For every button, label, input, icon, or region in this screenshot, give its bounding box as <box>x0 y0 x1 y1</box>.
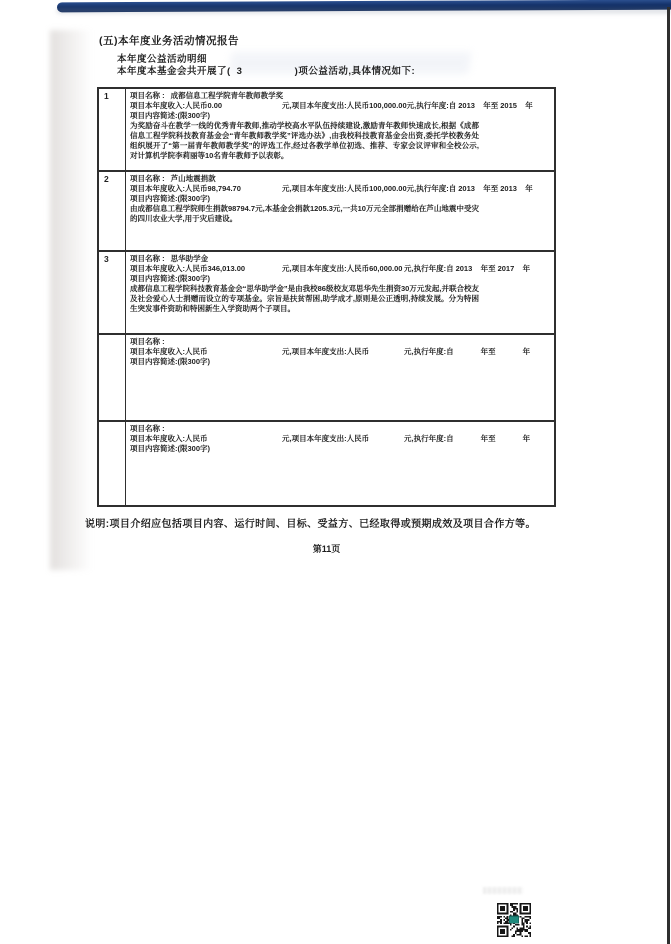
project-name-value: 芦山地震捐款 <box>171 174 216 183</box>
expense-label: 项目本年度支出:人民币 <box>292 264 370 273</box>
amounts-line: 项目本年度收入:人民币0.00 元,项目本年度支出:人民币100,000.00 … <box>130 101 548 111</box>
table-row: 3 项目名称 :思华助学金 项目本年度收入:人民币346,013.00 元,项目… <box>99 250 554 333</box>
page-left-shadow <box>50 30 92 570</box>
desc-label: 项目内容简述:(限300字) <box>130 274 548 284</box>
yuan-unit: 元, <box>282 184 292 193</box>
amounts-line: 项目本年度收入:人民币 元,项目本年度支出:人民币 元,执行年度:自年至年 <box>130 434 548 444</box>
project-name-label: 项目名称 : <box>130 424 165 433</box>
table-row: 1 项目名称 :成都信息工程学院青年教师教学奖 项目本年度收入:人民币0.00 … <box>99 89 554 170</box>
activity-count-value: 3 <box>231 66 295 77</box>
project-name-value: 成都信息工程学院青年教师教学奖 <box>171 91 284 100</box>
explanation-note: 说明:项目介绍应包括项目内容、运行时间、目标、受益方、已经取得或预期成效及项目合… <box>85 515 536 530</box>
year-suffix: 年 <box>523 264 531 273</box>
row-number: 2 <box>99 172 126 250</box>
yuan-unit: 元, <box>404 434 414 443</box>
count-prefix: 本年度本基金会共开展了( <box>117 66 231 77</box>
income-label: 项目本年度收入:人民币 <box>130 434 208 443</box>
expense-label: 项目本年度支出:人民币 <box>292 101 370 110</box>
project-name-line: 项目名称 :成都信息工程学院青年教师教学奖 <box>130 91 548 101</box>
year-suffix: 年 <box>523 434 531 443</box>
year-from: 2013 <box>456 184 483 194</box>
row-number: 1 <box>99 89 126 170</box>
yuan-unit: 元, <box>404 264 414 273</box>
row-content: 项目名称 :思华助学金 项目本年度收入:人民币346,013.00 元,项目本年… <box>126 252 554 333</box>
project-name-line: 项目名称 :芦山地震捐款 <box>130 174 548 184</box>
row-number <box>99 422 126 505</box>
exec-year-label: 执行年度:自 <box>414 347 454 356</box>
to-year-label: 年至 <box>483 101 498 110</box>
income-label: 项目本年度收入:人民币 <box>130 347 208 356</box>
desc-label: 项目内容简述:(限300字) <box>130 444 548 454</box>
project-name-line: 项目名称 : <box>130 337 548 347</box>
year-from: 2013 <box>454 264 481 274</box>
yuan-unit: 元, <box>282 347 292 356</box>
expense-value: 100,000.00 <box>369 101 407 110</box>
project-description: 为奖励奋斗在教学一线的优秀青年教师,推动学校高水平队伍持续建设,激励青年教师快速… <box>130 121 479 161</box>
qr-code <box>497 903 531 937</box>
project-name-label: 项目名称 : <box>130 337 165 346</box>
faint-watermark <box>483 887 523 894</box>
exec-year-label: 执行年度:自 <box>414 434 454 443</box>
expense-value: 60,000.00 <box>369 264 402 273</box>
projects-table: 1 项目名称 :成都信息工程学院青年教师教学奖 项目本年度收入:人民币0.00 … <box>97 87 556 507</box>
year-suffix: 年 <box>525 184 533 193</box>
exec-year-label: 执行年度:自 <box>414 264 454 273</box>
yuan-unit: 元, <box>407 101 417 110</box>
income-value: 346,013.00 <box>208 264 246 273</box>
row-number: 3 <box>99 252 126 333</box>
year-suffix: 年 <box>523 347 531 356</box>
year-suffix: 年 <box>525 101 533 110</box>
row-content: 项目名称 :成都信息工程学院青年教师教学奖 项目本年度收入:人民币0.00 元,… <box>126 89 554 170</box>
year-to: 2017 <box>496 264 523 274</box>
yuan-unit: 元, <box>282 101 292 110</box>
project-name-label: 项目名称 : <box>130 91 165 100</box>
yuan-unit: 元, <box>407 184 417 193</box>
row-content: 项目名称 : 项目本年度收入:人民币 元,项目本年度支出:人民币 元,执行年度:… <box>126 422 554 505</box>
income-label: 项目本年度收入:人民币 <box>130 184 208 193</box>
table-row-empty: 项目名称 : 项目本年度收入:人民币 元,项目本年度支出:人民币 元,执行年度:… <box>99 333 554 420</box>
exec-year-label: 执行年度:自 <box>416 101 456 110</box>
project-description: 成都信息工程学院科技教育基金会“思华助学金”是由我校86级校友邓思华先生捐资30… <box>130 284 479 314</box>
amounts-line: 项目本年度收入:人民币98,794.70 元,项目本年度支出:人民币100,00… <box>130 184 548 194</box>
row-content: 项目名称 :芦山地震捐款 项目本年度收入:人民币98,794.70 元,项目本年… <box>126 172 554 250</box>
table-row-empty: 项目名称 : 项目本年度收入:人民币 元,项目本年度支出:人民币 元,执行年度:… <box>99 420 554 505</box>
to-year-label: 年至 <box>481 264 496 273</box>
yuan-unit: 元, <box>282 264 292 273</box>
amounts-line: 项目本年度收入:人民币 元,项目本年度支出:人民币 元,执行年度:自年至年 <box>130 347 548 357</box>
income-value: 0.00 <box>208 101 223 110</box>
count-suffix: )项公益活动,具体情况如下: <box>295 66 415 77</box>
qr-center-logo <box>509 916 519 923</box>
desc-label: 项目内容简述:(限300字) <box>130 111 548 121</box>
table-row: 2 项目名称 :芦山地震捐款 项目本年度收入:人民币98,794.70 元,项目… <box>99 170 554 250</box>
to-year-label: 年至 <box>481 347 496 356</box>
row-content: 项目名称 : 项目本年度收入:人民币 元,项目本年度支出:人民币 元,执行年度:… <box>126 335 554 420</box>
income-label: 项目本年度收入:人民币 <box>130 264 208 273</box>
project-name-value: 思华助学金 <box>171 254 209 263</box>
expense-value: 100,000.00 <box>369 184 407 193</box>
expense-label: 项目本年度支出:人民币 <box>292 347 370 356</box>
project-name-label: 项目名称 : <box>130 174 165 183</box>
section-title: (五)本年度业务活动情况报告 <box>99 33 239 48</box>
desc-label: 项目内容简述:(限300字) <box>130 194 548 204</box>
expense-label: 项目本年度支出:人民币 <box>292 184 370 193</box>
activity-count-line: 本年度本基金会共开展了(3)项公益活动,具体情况如下: <box>117 63 415 77</box>
desc-label: 项目内容简述:(限300字) <box>130 357 548 367</box>
project-name-line: 项目名称 : <box>130 424 548 434</box>
page-right-edge <box>667 7 670 944</box>
exec-year-label: 执行年度:自 <box>416 184 456 193</box>
page-number: 第11页 <box>97 542 556 555</box>
project-name-label: 项目名称 : <box>130 254 165 263</box>
amounts-line: 项目本年度收入:人民币346,013.00 元,项目本年度支出:人民币60,00… <box>130 264 548 274</box>
year-to: 2013 <box>498 184 525 194</box>
row-number <box>99 335 126 420</box>
yuan-unit: 元, <box>282 434 292 443</box>
income-value: 98,794.70 <box>208 184 241 193</box>
expense-label: 项目本年度支出:人民币 <box>292 434 370 443</box>
year-to: 2015 <box>498 101 525 111</box>
yuan-unit: 元, <box>404 347 414 356</box>
income-label: 项目本年度收入:人民币 <box>130 101 208 110</box>
project-description: 由成都信息工程学院师生捐款98794.7元,本基金会捐款1205.3元,一共10… <box>130 204 479 224</box>
to-year-label: 年至 <box>483 184 498 193</box>
to-year-label: 年至 <box>481 434 496 443</box>
spine-shadow <box>57 9 671 15</box>
project-name-line: 项目名称 :思华助学金 <box>130 254 548 264</box>
year-from: 2013 <box>456 101 483 111</box>
